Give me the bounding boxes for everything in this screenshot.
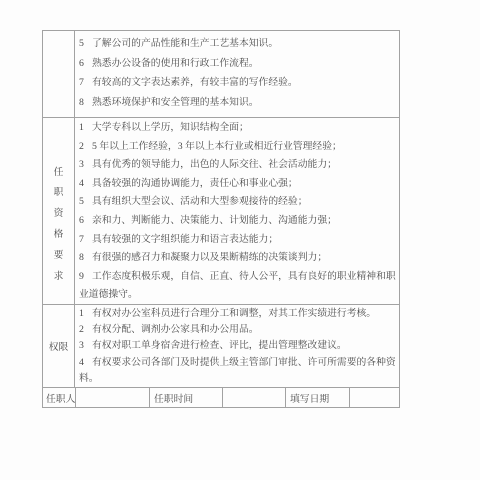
item-text: 有很强的感召力和凝聚力以及果断精练的决策谈判力； [92,252,327,263]
item-number: 8 [79,249,84,268]
item-text: 有较高的文字表达素养，有较丰富的写作经验。 [92,77,298,88]
item-number: 3 [79,338,84,354]
item-number: 7 [79,231,84,250]
date-value-cell [349,388,399,407]
item-text: 具有优秀的领导能力，出色的人际交往、社会活动能力； [92,159,337,170]
section-label-text: 权限 [49,339,69,353]
item-text: 5 年以上工作经验，3 年以上本行业或相近行业管理经验； [92,141,342,152]
item-number: 2 [79,322,84,338]
section-knowledge-continued: 5了解公司的产品性能和生产工艺基本知识。 6熟悉办公设备的使用和行政工作流程。 … [43,31,399,117]
document-page: 5了解公司的产品性能和生产工艺基本知识。 6熟悉办公设备的使用和行政工作流程。 … [0,0,480,480]
section-label-qualifications: 任职资格要求 [43,118,75,304]
item-number: 9 [79,268,84,287]
item-text: 大学专科以上学历，知识结构全面； [92,122,249,133]
footer-row: 任职人 任职时间 填写日期 [43,387,399,407]
job-description-table: 5了解公司的产品性能和生产工艺基本知识。 6熟悉办公设备的使用和行政工作流程。 … [42,30,400,408]
item-number: 3 [79,156,84,175]
section-authority: 权限 1有权对办公室科员进行合理分工和调整，对其工作实绩进行考核。 2有权分配、… [43,304,399,387]
item-text: 有权对办公室科员进行合理分工和调整，对其工作实绩进行考核。 [92,308,376,319]
item-text: 有权要求公司各部门及时提供上级主管部门审批、许可所需要的各种资料。 [79,357,396,384]
item-number: 5 [79,193,84,212]
list-item: 8有很强的感召力和凝聚力以及果断精练的决策谈判力； [79,249,397,268]
list-item: 4有权要求公司各部门及时提供上级主管部门审批、许可所需要的各种资料。 [79,355,397,387]
list-item: 6熟悉办公设备的使用和行政工作流程。 [79,54,397,74]
date-label: 填写日期 [285,388,349,407]
list-item: 25 年以上工作经验，3 年以上本行业或相近行业管理经验； [79,138,397,157]
item-number: 4 [79,355,84,371]
item-text: 有权分配、调剂办公家具和办公用品。 [92,324,259,335]
section-qualifications: 任职资格要求 1大学专科以上学历，知识结构全面； 25 年以上工作经验，3 年以… [43,117,399,304]
item-text: 具备较强的沟通协调能力，责任心和事业心强； [92,178,298,189]
incumbent-label: 任职人 [43,388,75,407]
list-item: 7有较高的文字表达素养，有较丰富的写作经验。 [79,73,397,93]
list-item: 1有权对办公室科员进行合理分工和调整，对其工作实绩进行考核。 [79,306,397,322]
list-item: 3有权对职工单身宿舍进行检查、评比，提出管理整改建议。 [79,338,397,354]
list-item: 4具备较强的沟通协调能力，责任心和事业心强； [79,175,397,194]
item-number: 1 [79,306,84,322]
item-number: 6 [79,54,84,74]
list-item: 3具有优秀的领导能力，出色的人际交往、社会活动能力； [79,156,397,175]
item-text: 有权对职工单身宿舍进行检查、评比，提出管理整改建议。 [92,340,347,351]
tenure-value-cell [222,388,285,407]
list-item: 1大学专科以上学历，知识结构全面； [79,119,397,138]
section-label-empty [43,31,75,117]
item-text: 具有组织大型会议、活动和大型参观接待的经验； [92,196,308,207]
item-text: 具有较强的文字组织能力和语言表达能力； [92,234,278,245]
item-text: 工作态度积极乐观，自信、正直、待人公平，具有良好的职业精神和职业道德操守。 [79,271,396,301]
item-number: 6 [79,212,84,231]
section-label-text: 任职资格要求 [53,163,65,288]
list-item: 9工作态度积极乐观，自信、正直、待人公平，具有良好的职业精神和职业道德操守。 [79,268,397,304]
qualification-items: 1大学专科以上学历，知识结构全面； 25 年以上工作经验，3 年以上本行业或相近… [75,118,399,304]
tenure-label: 任职时间 [149,388,222,407]
item-number: 1 [79,119,84,138]
item-text: 熟悉环境保护和安全管理的基本知识。 [92,97,259,108]
list-item: 5了解公司的产品性能和生产工艺基本知识。 [79,34,397,54]
item-number: 2 [79,138,84,157]
knowledge-items: 5了解公司的产品性能和生产工艺基本知识。 6熟悉办公设备的使用和行政工作流程。 … [75,31,399,117]
item-text: 亲和力、判断能力、决策能力、计划能力、沟通能力强； [92,215,337,226]
item-number: 8 [79,93,84,113]
item-text: 熟悉办公设备的使用和行政工作流程。 [92,58,259,69]
list-item: 2有权分配、调剂办公家具和办公用品。 [79,322,397,338]
item-number: 7 [79,73,84,93]
incumbent-value-cell [75,388,149,407]
authority-items: 1有权对办公室科员进行合理分工和调整，对其工作实绩进行考核。 2有权分配、调剂办… [75,305,399,387]
list-item: 6亲和力、判断能力、决策能力、计划能力、沟通能力强； [79,212,397,231]
section-label-authority: 权限 [43,305,75,387]
list-item: 7具有较强的文字组织能力和语言表达能力； [79,231,397,250]
item-number: 5 [79,34,84,54]
list-item: 8熟悉环境保护和安全管理的基本知识。 [79,93,397,113]
item-number: 4 [79,175,84,194]
item-text: 了解公司的产品性能和生产工艺基本知识。 [92,38,278,49]
list-item: 5具有组织大型会议、活动和大型参观接待的经验； [79,193,397,212]
